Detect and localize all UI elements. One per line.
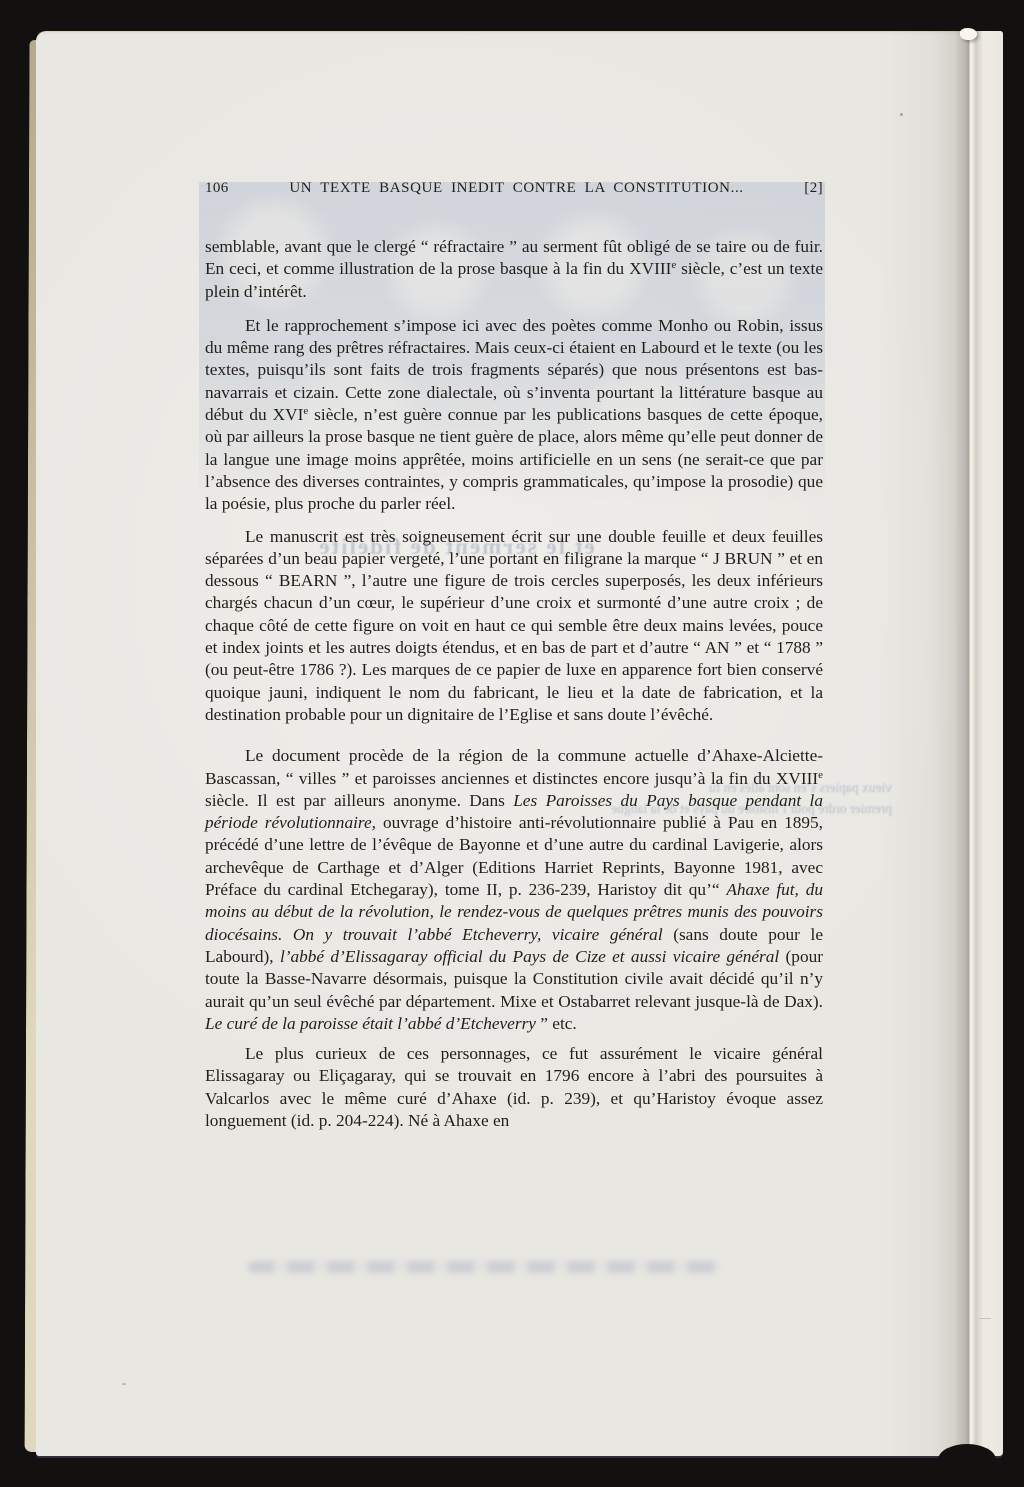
- paper-scratch: [980, 1318, 991, 1319]
- page-header: 106 UN TEXTE BASQUE INEDIT CONTRE LA CON…: [205, 179, 823, 197]
- paragraph: Le document procède de la région de la c…: [205, 745, 823, 1035]
- paragraph: Le plus curieux de ces personnages, ce f…: [205, 1043, 823, 1132]
- paragraph: Le manuscrit est très soigneusement écri…: [205, 526, 823, 727]
- article-body: semblable, avant que le clergé “ réfract…: [205, 236, 823, 1132]
- paper-tear: [960, 28, 977, 40]
- dust-speck: [900, 113, 903, 116]
- scanned-page-photo: et le serment de fidelite vieux papiers …: [0, 0, 1024, 1487]
- paragraph: semblable, avant que le clergé “ réfract…: [205, 236, 823, 303]
- paragraph: Et le rapprochement s’impose ici avec de…: [205, 315, 823, 516]
- bleedthrough-blur-line: [248, 1261, 722, 1273]
- page-number: 106: [205, 179, 229, 197]
- running-title: UN TEXTE BASQUE INEDIT CONTRE LA CONSTIT…: [289, 179, 743, 197]
- book-page: et le serment de fidelite vieux papiers …: [36, 31, 1003, 1456]
- page-crease: [880, 31, 1003, 1456]
- dust-speck: [122, 1383, 126, 1385]
- column-reference: [2]: [804, 179, 823, 197]
